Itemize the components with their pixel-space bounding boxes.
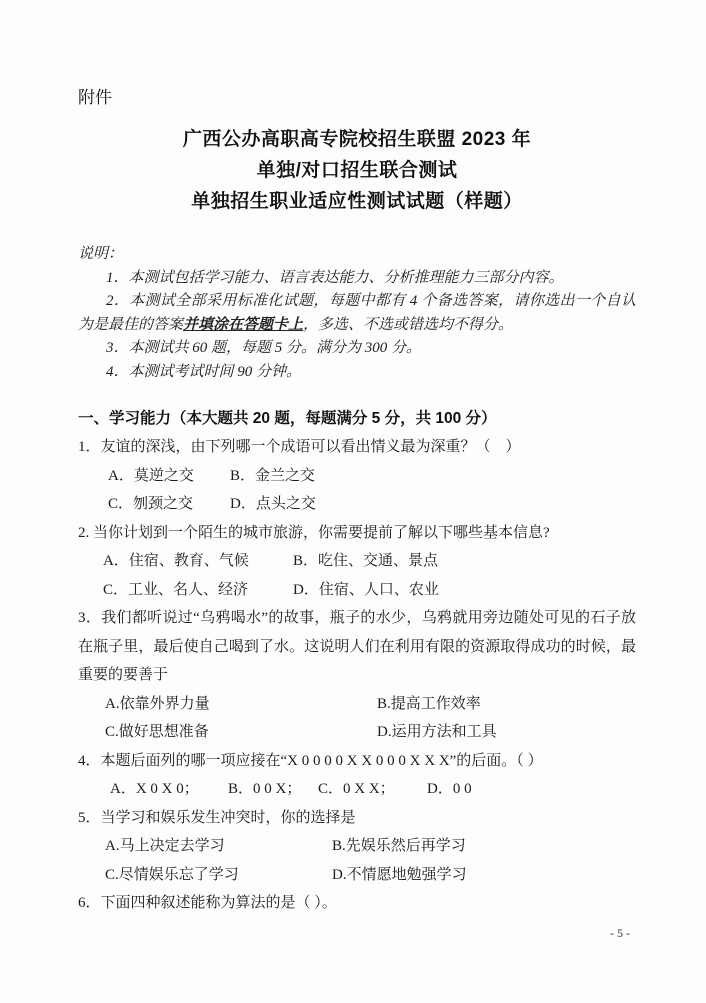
question-4-stem: 4．本题后面列的哪一项应接在“X 0 0 0 0 X X 0 0 0 X X X… bbox=[78, 747, 636, 776]
question-5-options-row-1: A.马上决定去学习B.先娱乐然后再学习 bbox=[78, 832, 636, 861]
question-3-option-a: A.依靠外界力量 bbox=[105, 690, 377, 719]
question-5-option-c: C.尽情娱乐忘了学习 bbox=[105, 861, 332, 890]
question-1-options-row-1: A．莫逆之交B．金兰之交 bbox=[78, 462, 636, 491]
page-number: - 5 - bbox=[610, 926, 630, 941]
question-3-options-row-2: C.做好思想准备D.运用方法和工具 bbox=[78, 718, 636, 747]
question-2-option-d: D．住宿、人口、农业 bbox=[293, 576, 439, 605]
question-5-option-d: D.不情愿地勉强学习 bbox=[332, 861, 467, 890]
question-3-options-row-1: A.依靠外界力量B.提高工作效率 bbox=[78, 690, 636, 719]
instruction-item-3: 3．本测试共 60 题，每题 5 分。满分为 300 分。 bbox=[78, 337, 636, 361]
title-line-2: 单独/对口招生联合测试 bbox=[78, 155, 636, 186]
question-2-stem: 2. 当你计划到一个陌生的城市旅游，你需要提前了解以下哪些基本信息? bbox=[78, 519, 636, 548]
title-line-1: 广西公办高职高专院校招生联盟 2023 年 bbox=[78, 124, 636, 155]
question-6-stem: 6．下面四种叙述能称为算法的是（ ）。 bbox=[78, 889, 636, 918]
instruction-item-1: 1．本测试包括学习能力、语言表达能力、分析推理能力三部分内容。 bbox=[78, 267, 636, 291]
question-1-options-row-2: C．刎颈之交D．点头之交 bbox=[78, 490, 636, 519]
question-3-stem: 3．我们都听说过“乌鸦喝水”的故事，瓶子的水少，乌鸦就用旁边随处可见的石子放在瓶… bbox=[78, 604, 636, 690]
title-line-3: 单独招生职业适应性测试试题（样题） bbox=[78, 186, 636, 217]
question-3-option-d: D.运用方法和工具 bbox=[377, 718, 497, 747]
question-2-options-row-2: C．工业、名人、经济D．住宿、人口、农业 bbox=[78, 576, 636, 605]
question-5-option-b: B.先娱乐然后再学习 bbox=[332, 832, 466, 861]
instruction-item-2-tail: ，多选、不选或错选均不得分。 bbox=[303, 317, 513, 333]
question-2-option-b: B．吃住、交通、景点 bbox=[293, 547, 438, 576]
question-1-option-c: C．刎颈之交 bbox=[108, 490, 230, 519]
question-1-stem: 1．友谊的深浅，由下列哪一个成语可以看出情义最为深重？（ ） bbox=[78, 433, 636, 462]
question-1-option-a: A．莫逆之交 bbox=[108, 462, 230, 491]
question-1-option-d: D．点头之交 bbox=[230, 490, 316, 519]
question-4-option-d: D．0 0 bbox=[427, 775, 472, 804]
question-3-option-c: C.做好思想准备 bbox=[105, 718, 377, 747]
question-1-option-b: B．金兰之交 bbox=[230, 462, 315, 491]
question-5-option-a: A.马上决定去学习 bbox=[105, 832, 332, 861]
instruction-item-2-emphasis: 并填涂在答题卡上 bbox=[183, 317, 303, 333]
question-4-options-row: A．X 0 X 0；B．0 0 X；C．0 X X；D．0 0 bbox=[78, 775, 636, 804]
attachment-label: 附件 bbox=[78, 86, 636, 110]
section-1-heading: 一、学习能力（本大题共 20 题，每题满分 5 分，共 100 分） bbox=[78, 404, 636, 433]
question-2-option-a: A．住宿、教育、气候 bbox=[103, 547, 293, 576]
question-4-option-c: C．0 X X； bbox=[318, 775, 427, 804]
document-title: 广西公办高职高专院校招生联盟 2023 年 单独/对口招生联合测试 单独招生职业… bbox=[78, 124, 636, 217]
question-3-option-b: B.提高工作效率 bbox=[377, 690, 481, 719]
question-4-option-b: B．0 0 X； bbox=[228, 775, 318, 804]
question-5-options-row-2: C.尽情娱乐忘了学习D.不情愿地勉强学习 bbox=[78, 861, 636, 890]
question-2-options-row-1: A．住宿、教育、气候B．吃住、交通、景点 bbox=[78, 547, 636, 576]
question-4-option-a: A．X 0 X 0； bbox=[110, 775, 228, 804]
question-2-option-c: C．工业、名人、经济 bbox=[103, 576, 293, 605]
instruction-item-2: 2．本测试全部采用标准化试题，每题中都有 4 个备选答案，请你选出一个自认为是最… bbox=[78, 290, 636, 337]
instructions-heading: 说明： bbox=[78, 243, 636, 267]
instructions-block: 说明： 1．本测试包括学习能力、语言表达能力、分析推理能力三部分内容。 2．本测… bbox=[78, 243, 636, 384]
instruction-item-4: 4．本测试考试时间 90 分钟。 bbox=[78, 361, 636, 385]
question-5-stem: 5．当学习和娱乐发生冲突时，你的选择是 bbox=[78, 804, 636, 833]
document-page: 附件 广西公办高职高专院校招生联盟 2023 年 单独/对口招生联合测试 单独招… bbox=[0, 0, 706, 1003]
